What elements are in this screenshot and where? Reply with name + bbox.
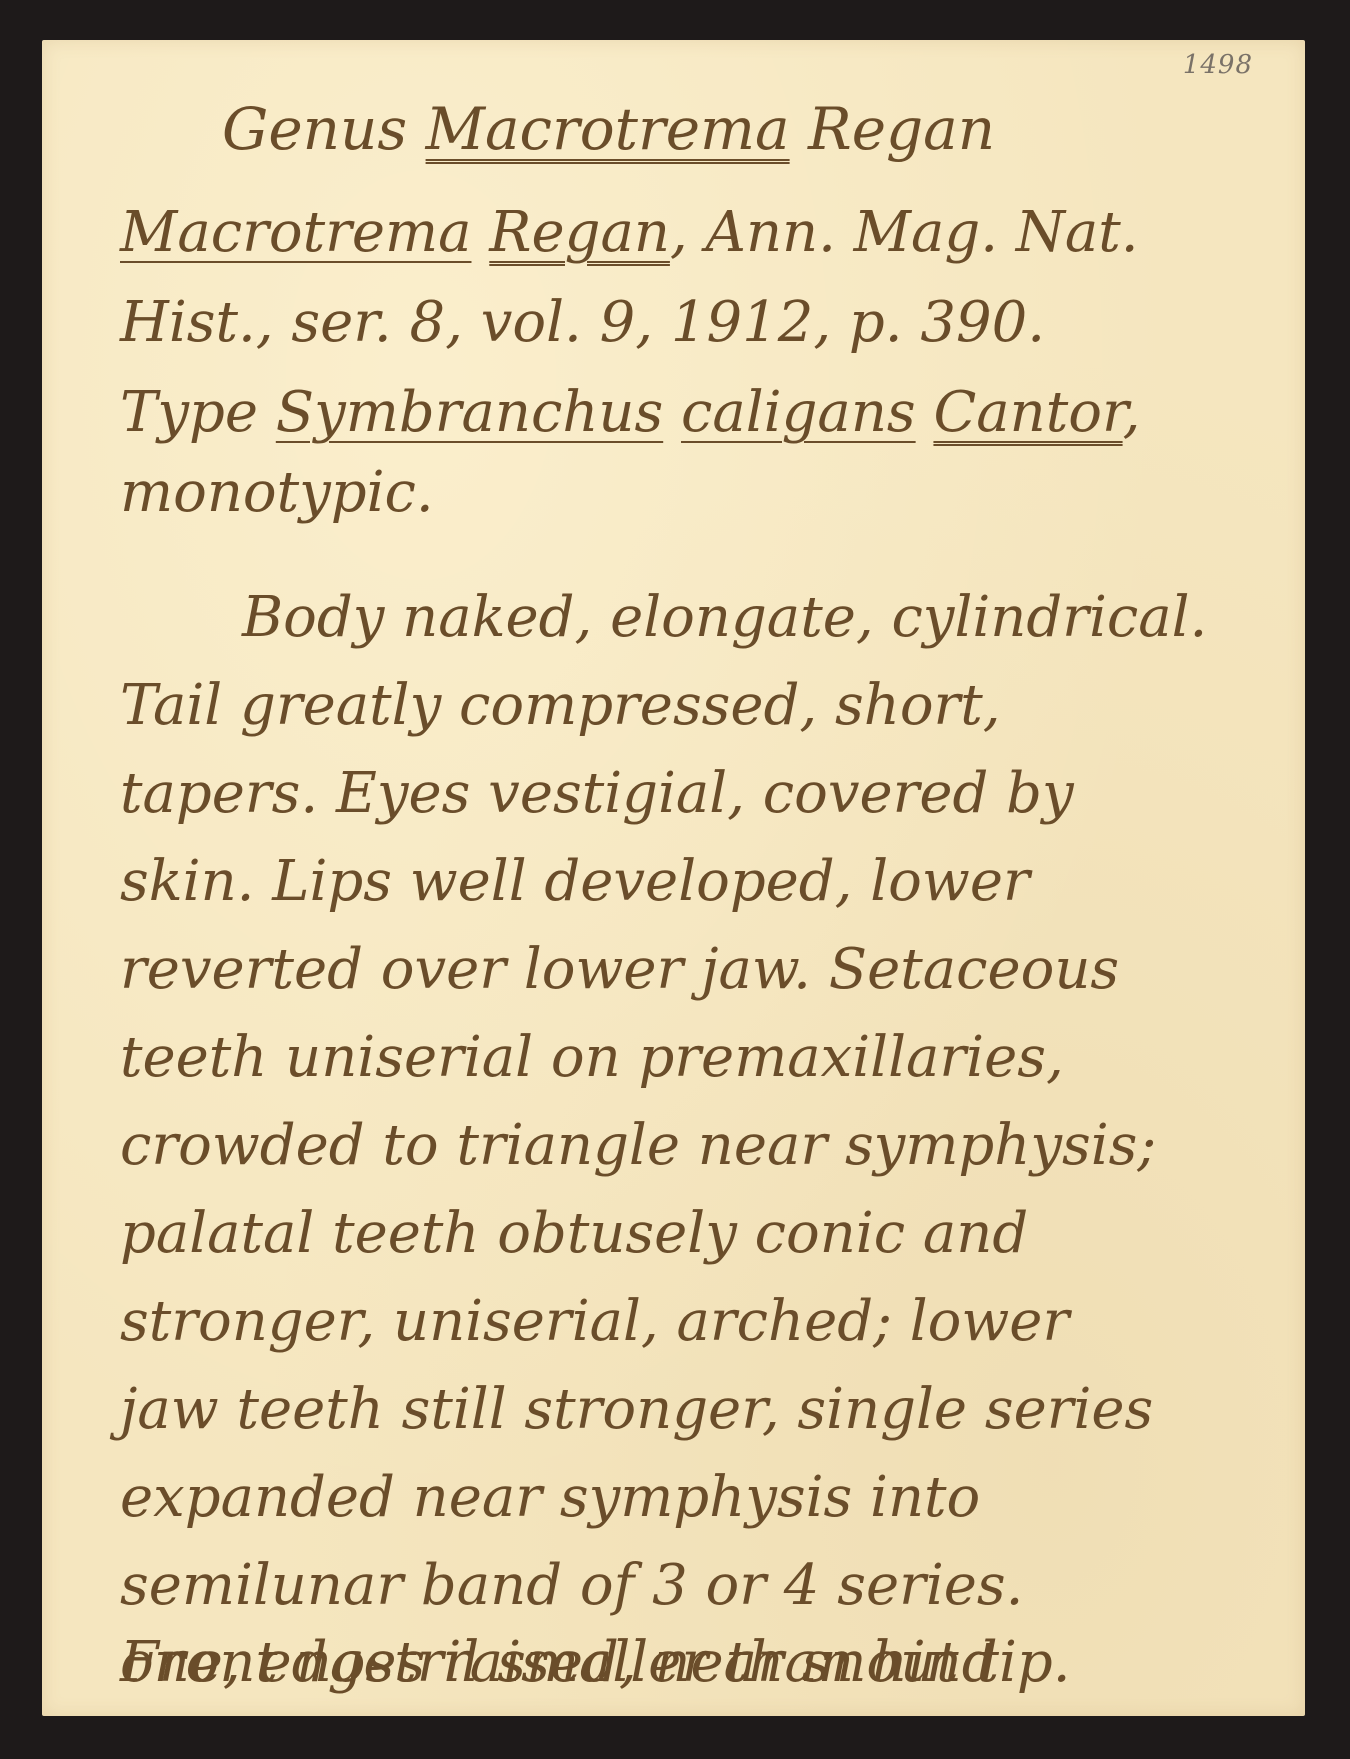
description-line: teeth uniserial on premaxillaries, — [120, 1025, 1064, 1090]
citation-author: Regan — [489, 200, 670, 265]
page-number: 1498 — [1183, 50, 1253, 80]
type-label: Type — [120, 380, 258, 445]
type-species: caligans — [681, 380, 916, 445]
description-line: Body naked, elongate, cylindrical. — [242, 585, 1207, 650]
description-line: crowded to triangle near symphysis; — [120, 1113, 1156, 1178]
type-species-line: Type Symbranchus caligans Cantor, — [120, 380, 1140, 445]
manuscript-page: 1498 Genus Macrotrema Regan Macrotrema R… — [42, 40, 1305, 1716]
description-line: jaw teeth still stronger, single series — [120, 1377, 1153, 1442]
description-line: expanded near symphysis into — [120, 1465, 980, 1530]
description-line: stronger, uniserial, arched; lower — [120, 1289, 1069, 1354]
citation-line-1: Macrotrema Regan, Ann. Mag. Nat. — [120, 200, 1139, 265]
description-line: semilunar band of 3 or 4 series. — [120, 1553, 1023, 1618]
citation-line-2: Hist., ser. 8, vol. 9, 1912, p. 390. — [120, 290, 1045, 355]
type-genus: Symbranchus — [276, 380, 663, 445]
description-line: Tail greatly compressed, short, — [120, 673, 1001, 738]
genus-heading: Genus Macrotrema Regan — [222, 95, 995, 163]
description-line: palatal teeth obtusely conic and — [120, 1201, 1028, 1266]
monotypic-line: monotypic. — [120, 460, 434, 525]
description-line: tapers. Eyes vestigial, covered by — [120, 761, 1074, 826]
description-line: reverted over lower jaw. Setaceous — [120, 937, 1119, 1002]
description-line: one, edges raised, near snout tip. — [120, 1630, 1071, 1695]
type-suffix: , — [1123, 380, 1141, 445]
citation-journal: , Ann. Mag. Nat. — [670, 200, 1139, 265]
heading-prefix: Genus — [222, 95, 407, 163]
type-author: Cantor — [933, 380, 1122, 445]
heading-genus-name: Macrotrema — [426, 95, 790, 163]
heading-author: Regan — [808, 95, 995, 163]
citation-genus: Macrotrema — [120, 200, 471, 265]
description-line: skin. Lips well developed, lower — [120, 849, 1030, 914]
